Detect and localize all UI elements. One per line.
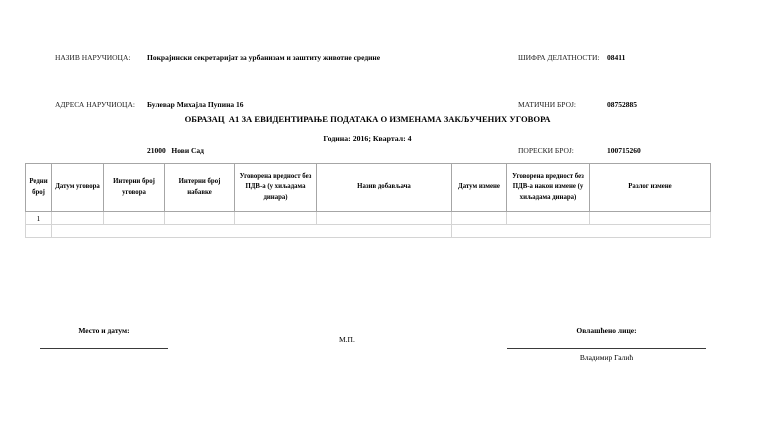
cell-ordinal: 1	[26, 212, 52, 225]
purchaser-address-value: Булевар Михајла Пупина 16	[147, 97, 244, 113]
cell-value-after-change	[507, 212, 590, 225]
purchaser-name-row: НАЗИВ НАРУЧИОЦА: Покрајински секретарија…	[55, 50, 380, 66]
col-header-value-after-change: Уговорена вредност без ПДВ-а након измен…	[507, 164, 590, 212]
spacer-cell-left	[52, 225, 452, 238]
cell-procurement-number	[165, 212, 235, 225]
purchaser-postal-row: 21000 Нови Сад	[55, 143, 380, 159]
activity-code-row: ШИФРА ДЕЛАТНОСТИ: 08411	[518, 50, 641, 66]
purchaser-address-row: АДРЕСА НАРУЧИОЦА: Булевар Михајла Пупина…	[55, 97, 380, 113]
company-number-row: МАТИЧНИ БРОЈ: 08752885	[518, 97, 641, 113]
cell-contracted-value	[235, 212, 317, 225]
cell-contract-date	[52, 212, 104, 225]
place-and-date-label: Место и датум:	[40, 326, 168, 335]
table-header-row: Редни број Датум уговора Интерни број уг…	[26, 164, 711, 212]
col-header-contract-date: Датум уговора	[52, 164, 104, 212]
contract-changes-table: Редни број Датум уговора Интерни број уг…	[25, 163, 711, 238]
col-header-contract-number: Интерни број уговора	[104, 164, 165, 212]
place-signature-line	[40, 348, 168, 349]
purchaser-address-label: АДРЕСА НАРУЧИОЦА:	[55, 97, 147, 113]
tax-number-row: ПОРЕСКИ БРОЈ: 100715260	[518, 143, 641, 159]
activity-code-label: ШИФРА ДЕЛАТНОСТИ:	[518, 50, 607, 66]
col-header-change-date: Датум измене	[452, 164, 507, 212]
purchaser-postal-label	[55, 143, 147, 159]
col-header-contracted-value: Уговорена вредност без ПДВ-а (у хиљадама…	[235, 164, 317, 212]
spacer-cell-right	[452, 225, 711, 238]
cell-contract-number	[104, 212, 165, 225]
col-header-supplier-name: Назив добављача	[317, 164, 452, 212]
company-number-value: 08752885	[607, 97, 637, 113]
seal-placeholder: М.П.	[339, 335, 355, 344]
col-header-change-reason: Разлог измене	[590, 164, 711, 212]
table-row-spacer	[26, 225, 711, 238]
authorized-signature-line	[507, 348, 706, 349]
authorized-person-name: Владимир Галић	[507, 353, 706, 362]
col-header-procurement-number: Интерни број набавке	[165, 164, 235, 212]
place-and-date-block: Место и датум:	[40, 326, 168, 349]
company-number-label: МАТИЧНИ БРОЈ:	[518, 97, 607, 113]
tax-number-label: ПОРЕСКИ БРОЈ:	[518, 143, 607, 159]
spacer-cell-ordinal	[26, 225, 52, 238]
purchaser-postal-value: 21000 Нови Сад	[147, 143, 204, 159]
activity-code-value: 08411	[607, 50, 625, 66]
authorized-person-label: Овлашћено лице:	[507, 326, 706, 335]
purchaser-name-value: Покрајински секретаријат за урбанизам и …	[147, 50, 380, 66]
page-subtitle: Година: 2016; Квартал: 4	[25, 134, 710, 143]
cell-supplier-name	[317, 212, 452, 225]
form-a1-document: НАЗИВ НАРУЧИОЦА: Покрајински секретарија…	[0, 0, 768, 425]
authorized-person-block: Овлашћено лице: Владимир Галић	[507, 326, 706, 362]
cell-change-reason	[590, 212, 711, 225]
table-row: 1	[26, 212, 711, 225]
cell-change-date	[452, 212, 507, 225]
tax-number-value: 100715260	[607, 143, 641, 159]
page-title: ОБРАЗАЦ А1 ЗА ЕВИДЕНТИРАЊЕ ПОДАТАКА О ИЗ…	[25, 114, 710, 124]
col-header-ordinal: Редни број	[26, 164, 52, 212]
purchaser-name-label: НАЗИВ НАРУЧИОЦА:	[55, 50, 147, 66]
